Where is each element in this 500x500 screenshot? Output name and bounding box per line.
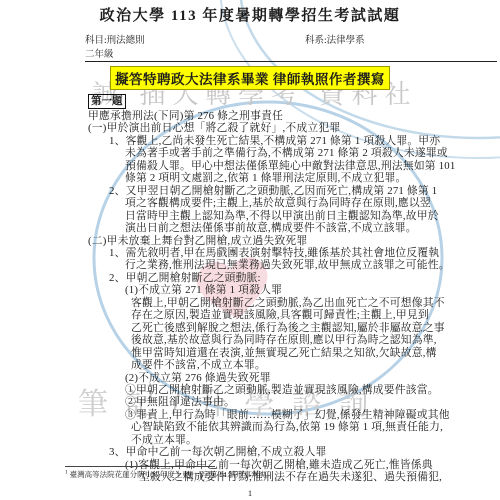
body-line: (一)甲於演出前日心想「將乙殺了就好」,不成立犯罪 [88, 122, 500, 134]
body-line: 2、又甲翌日朝乙開槍射斷乙之頭動脈,乙因而死亡,構成第 271 條第 1 [88, 185, 500, 197]
answer-body: 甲應承擔刑法(下同)第 276 條之刑事責任(一)甲於演出前日心想「將乙殺了就好… [88, 110, 500, 484]
body-line: (2)不成立第 276 條過失致死罪 [88, 372, 500, 384]
body-line: 客觀上,甲朝乙開槍射斷乙之頭動脈,為乙出血死亡之不可想像其不 [88, 297, 500, 309]
body-line: 行之業務,惟刑法現已無業務過失致死罪,故甲無成立該罪之可能性。 [88, 259, 500, 271]
scanned-exam-page: 誠 插大轉學考 資料社 筆記/升學諮詢 政治大學 113 年度暑期轉學招生考試試… [0, 0, 500, 500]
body-line: 3、甲命中乙前一每次朝乙開槍,不成立殺人罪 [88, 446, 500, 458]
footnote-text: 1 臺灣高等法院花蓮分院 106 年度上更(一)字第 14 號刑事判決。 [65, 469, 273, 480]
body-line: 不成立本罪。 [88, 434, 500, 446]
footnote-marker: 1 [65, 470, 68, 476]
body-line: ①甲朝乙開槍射斷乙之頭動脈,製造並實現該風險,構成要件該當。 [88, 384, 500, 396]
grade-label: 二年級 [85, 46, 500, 58]
body-line: ②甲無阻卻違法事由。 [88, 396, 500, 408]
footnote-divider [65, 466, 215, 467]
body-line: 未為著手或著手前之準備行為,不構成第 271 條第 2 項殺人未遂罪或 [88, 147, 500, 159]
body-line: 惟甲當時知道還在表演,並無實現乙死亡結果之知欲,欠缺故意,構 [88, 347, 500, 359]
body-line: ③罪責上,甲行為時「眼前……模糊了」幻覺,係發生精神障礙或其他 [88, 409, 500, 421]
body-line: 乙死亡後感到解脫之想法,係行為後之主觀認知,屬於非屬故意之事 [88, 322, 500, 334]
body-line: 心智缺陷致不能依其辨識而為行為,依第 19 條第 1 項,無責任能力, [88, 421, 500, 433]
body-line: 甲應承擔刑法(下同)第 276 條之刑事責任 [88, 110, 500, 122]
body-line: 條第 2 項明文處罰之,依第 1 條罪刑法定原則,不成立犯罪。 [88, 172, 500, 184]
body-line: 2、甲朝乙開槍射斷乙之頭動脈: [88, 272, 500, 284]
page-number: 1 [0, 488, 500, 498]
body-line: 1、需先敘明者,甲在馬戲團表演射擊特技,雖係基於其社會地位反覆執 [88, 247, 500, 259]
department-label: 科系:法律學系 [305, 32, 365, 46]
body-line: 存在之原因,製造並實現該風險,具客觀可歸責性;主觀上,甲見到 [88, 309, 500, 321]
header-divider [85, 61, 497, 62]
body-line: 預備殺人罪。甲心中想法僅係單純心中敵對法律意思,刑法無如第 101 [88, 160, 500, 172]
body-line: 後故意,基於故意與行為同時存在原則,應以甲行為時之認知為準, [88, 334, 500, 346]
body-line: 項之客觀構成要件;主觀上,基於故意與行為同時存在原則,應以翌 [88, 197, 500, 209]
exam-title: 政治大學 113 年度暑期轉學招生考試試題 [0, 0, 500, 26]
body-line: 演出日前之想法僅係事前故意,構成要件不該當,不成立該罪。 [88, 222, 500, 234]
question-number-box: 第一題 [88, 94, 126, 109]
body-line: 成要件不該當,不成立本罪。 [88, 359, 500, 371]
body-line: (二)甲未放棄上舞台對乙開槍,成立過失致死罪 [88, 235, 500, 247]
footnote: 1 臺灣高等法院花蓮分院 106 年度上更(一)字第 14 號刑事判決。 [65, 466, 273, 480]
exam-meta-row: 科目:刑法總則 科系:法律學系 [85, 32, 500, 44]
body-line: 日當時甲主觀上認知為準,不得以甲演出前日主觀認知為準,故甲於 [88, 210, 500, 222]
subject-label: 科目:刑法總則 [85, 36, 145, 46]
highlighted-banner: 擬答特聘政大法律系畢業 律師執照作者撰寫 [110, 66, 390, 90]
body-line: 1、客觀上,乙尚未發生死亡結果,不構成第 271 條第 1 項殺人罪。甲亦 [88, 135, 500, 147]
footnote-citation: 臺灣高等法院花蓮分院 106 年度上更(一)字第 14 號刑事判決。 [70, 470, 274, 479]
body-line: (1)不成立第 271 條第 1 項殺人罪 [88, 284, 500, 296]
